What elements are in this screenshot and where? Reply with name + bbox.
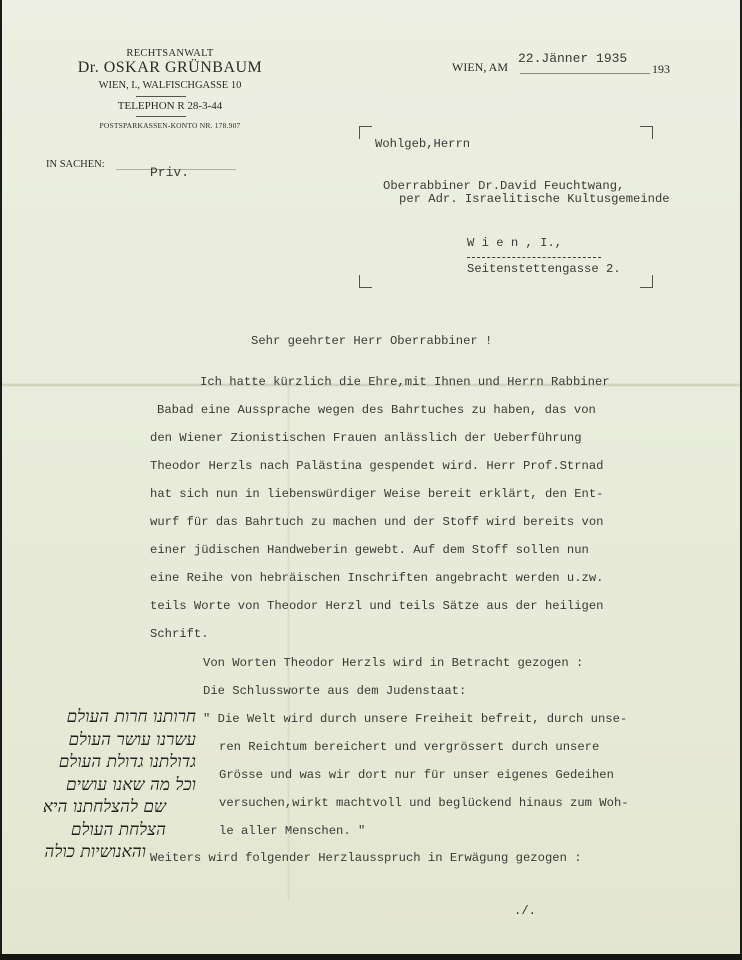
letterhead-rule bbox=[136, 116, 186, 117]
quote-line: le aller Menschen. " bbox=[219, 824, 365, 838]
letter-page: RECHTSANWALT Dr. OSKAR GRÜNBAUM WIEN, I.… bbox=[2, 0, 740, 954]
dateline-date: 22.Jänner 1935 bbox=[518, 51, 627, 66]
body-line: eine Reihe von hebräischen Inschriften a… bbox=[150, 571, 603, 585]
quote-line: " Die Welt wird durch unsere Freiheit be… bbox=[203, 712, 627, 726]
body-line: Schrift. bbox=[150, 627, 209, 641]
quote-line: Grösse und was wir dort nur für unser ei… bbox=[219, 768, 614, 782]
in-sachen-label: IN SACHEN: bbox=[46, 159, 105, 170]
body-line: teils Worte von Theodor Herzl und teils … bbox=[150, 599, 603, 613]
body-line: Theodor Herzls nach Palästina gespendet … bbox=[150, 459, 603, 473]
recipient-city-underline bbox=[467, 257, 601, 258]
body-line: Die Schlussworte aus dem Judenstaat: bbox=[203, 684, 466, 698]
handwritten-line: וכל מה שאנו עושים bbox=[6, 774, 196, 797]
dateline-year-printed: 193 bbox=[652, 62, 670, 77]
quote-line: versuchen,wirkt machtvoll und beglückend… bbox=[219, 796, 629, 810]
scan-edge bbox=[0, 954, 742, 960]
address-corner-mark bbox=[359, 275, 372, 288]
letterhead-name: Dr. OSKAR GRÜNBAUM bbox=[60, 59, 280, 77]
letterhead-telephone: TELEPHON R 28-3-44 bbox=[60, 100, 280, 112]
body-line: Von Worten Theodor Herzls wird in Betrac… bbox=[203, 656, 583, 670]
address-corner-mark bbox=[640, 275, 653, 288]
letterhead-postal-account: POSTSPARKASSEN-KONTO NR. 178.907 bbox=[60, 121, 280, 130]
dateline-rule bbox=[520, 73, 650, 74]
body-line: hat sich nun in liebenswürdiger Weise be… bbox=[150, 487, 603, 501]
letterhead-rule bbox=[136, 96, 186, 97]
scan-edge bbox=[0, 0, 2, 960]
body-line: einer jüdischen Handweberin gewebt. Auf … bbox=[150, 543, 589, 557]
quote-line: ren Reichtum bereichert und vergrössert … bbox=[219, 740, 599, 754]
handwritten-line: עשרנו עושר העולם bbox=[6, 729, 196, 752]
dateline-place: WIEN, AM bbox=[452, 60, 508, 75]
recipient-salutation: Wohlgeb,Herrn bbox=[375, 137, 470, 151]
letter-greeting: Sehr geehrter Herr Oberrabbiner ! bbox=[251, 334, 492, 348]
handwritten-line: שם להצלחתנו היא bbox=[6, 796, 196, 819]
recipient-street: Seitenstettengasse 2. bbox=[467, 262, 621, 276]
address-corner-mark bbox=[640, 126, 653, 139]
continuation-mark: ./. bbox=[514, 904, 536, 918]
body-line: Ich hatte kürzlich die Ehre,mit Ihnen un… bbox=[200, 375, 610, 389]
body-line: den Wiener Zionistischen Frauen anlässli… bbox=[150, 431, 582, 445]
handwritten-line: גדולתנו גדולת העולם bbox=[6, 751, 196, 774]
body-line: wurf für das Bahrtuch zu machen und der … bbox=[150, 515, 603, 529]
address-corner-mark bbox=[359, 126, 372, 139]
letterhead-role: RECHTSANWALT bbox=[90, 48, 250, 59]
recipient-care-of: per Adr. Israelitische Kultusgemeinde bbox=[399, 192, 670, 206]
body-line: Babad eine Aussprache wegen des Bahrtuch… bbox=[157, 403, 596, 417]
handwritten-line: הצלחת העולם bbox=[6, 819, 196, 842]
body-line: Weiters wird folgender Herzlausspruch in… bbox=[150, 851, 582, 865]
recipient-city: W i e n , I., bbox=[467, 236, 562, 250]
handwritten-line: והאנושיות כולה bbox=[6, 841, 196, 864]
handwritten-line: חרותנו חרות העולם bbox=[6, 706, 196, 729]
letterhead-address: WIEN, I., WALFISCHGASSE 10 bbox=[60, 80, 280, 91]
paper-fold-vertical bbox=[287, 380, 290, 900]
in-sachen-value: Priv. bbox=[150, 165, 189, 180]
handwritten-hebrew-note: חרותנו חרות העולם עשרנו עושר העולם גדולת… bbox=[6, 706, 196, 864]
recipient-name: Oberrabbiner Dr.David Feuchtwang, bbox=[383, 179, 624, 193]
